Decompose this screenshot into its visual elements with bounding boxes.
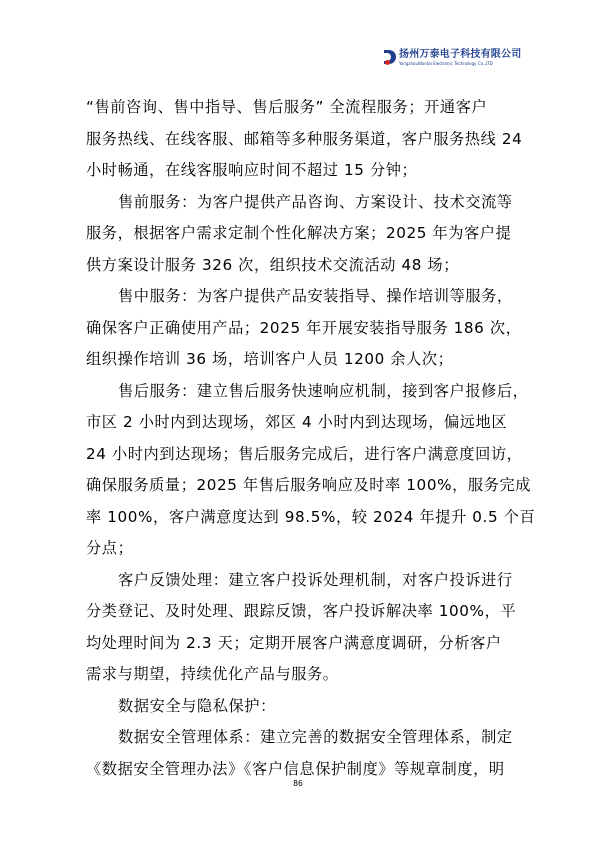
company-header: 扬州万泰电子科技有限公司 YangzhouWantai Electronic T… <box>384 50 521 66</box>
paragraph-after-sales: 售后服务：建立售后服务快速响应机制，接到客户报修后， <box>86 376 511 408</box>
company-logo-icon <box>384 50 396 66</box>
text-line: “售前咨询、售中指导、售后服务” 全流程服务；开通客户 <box>86 92 511 124</box>
company-name-cn: 扬州万泰电子科技有限公司 <box>399 50 521 60</box>
document-body: “售前咨询、售中指导、售后服务” 全流程服务；开通客户 服务热线、在线客服、邮箱… <box>86 92 511 785</box>
text-line: 服务热线、在线客服、邮箱等多种服务渠道，客户服务热线 24 <box>86 124 511 156</box>
text-line: 确保客户正确使用产品；2025 年开展安装指导服务 186 次， <box>86 313 511 345</box>
paragraph-pre-sales: 售前服务：为客户提供产品咨询、方案设计、技术交流等 <box>86 187 511 219</box>
text-line: 需求与期望，持续优化产品与服务。 <box>86 659 511 691</box>
text-line: 24 小时内到达现场；售后服务完成后，进行客户满意度回访， <box>86 439 511 471</box>
section-heading-data-security: 数据安全与隐私保护： <box>86 691 511 723</box>
text-line: 分类登记、及时处理、跟踪反馈，客户投诉解决率 100%，平 <box>86 596 511 628</box>
text-line: 服务，根据客户需求定制个性化解决方案；2025 年为客户提 <box>86 218 511 250</box>
text-line: 小时畅通，在线客服响应时间不超过 15 分钟； <box>86 155 511 187</box>
text-line: 供方案设计服务 326 次，组织技术交流活动 48 场； <box>86 250 511 282</box>
paragraph-in-sales: 售中服务：为客户提供产品安装指导、操作培训等服务， <box>86 281 511 313</box>
paragraph-data-security-system: 数据安全管理体系：建立完善的数据安全管理体系，制定 <box>86 722 511 754</box>
paragraph-feedback: 客户反馈处理：建立客户投诉处理机制，对客户投诉进行 <box>86 565 511 597</box>
text-line: 组织操作培训 36 场，培训客户人员 1200 余人次； <box>86 344 511 376</box>
text-line: 市区 2 小时内到达现场，郊区 4 小时内到达现场，偏远地区 <box>86 407 511 439</box>
text-line: 确保服务质量；2025 年售后服务响应及时率 100%，服务完成 <box>86 470 511 502</box>
text-line: 均处理时间为 2.3 天；定期开展客户满意度调研，分析客户 <box>86 628 511 660</box>
text-line: 率 100%，客户满意度达到 98.5%，较 2024 年提升 0.5 个百 <box>86 502 511 534</box>
text-line: 分点； <box>86 533 511 565</box>
company-name: 扬州万泰电子科技有限公司 YangzhouWantai Electronic T… <box>399 50 521 66</box>
page-number: 86 <box>0 779 596 788</box>
company-name-en: YangzhouWantai Electronic Technology Co.… <box>399 62 521 66</box>
